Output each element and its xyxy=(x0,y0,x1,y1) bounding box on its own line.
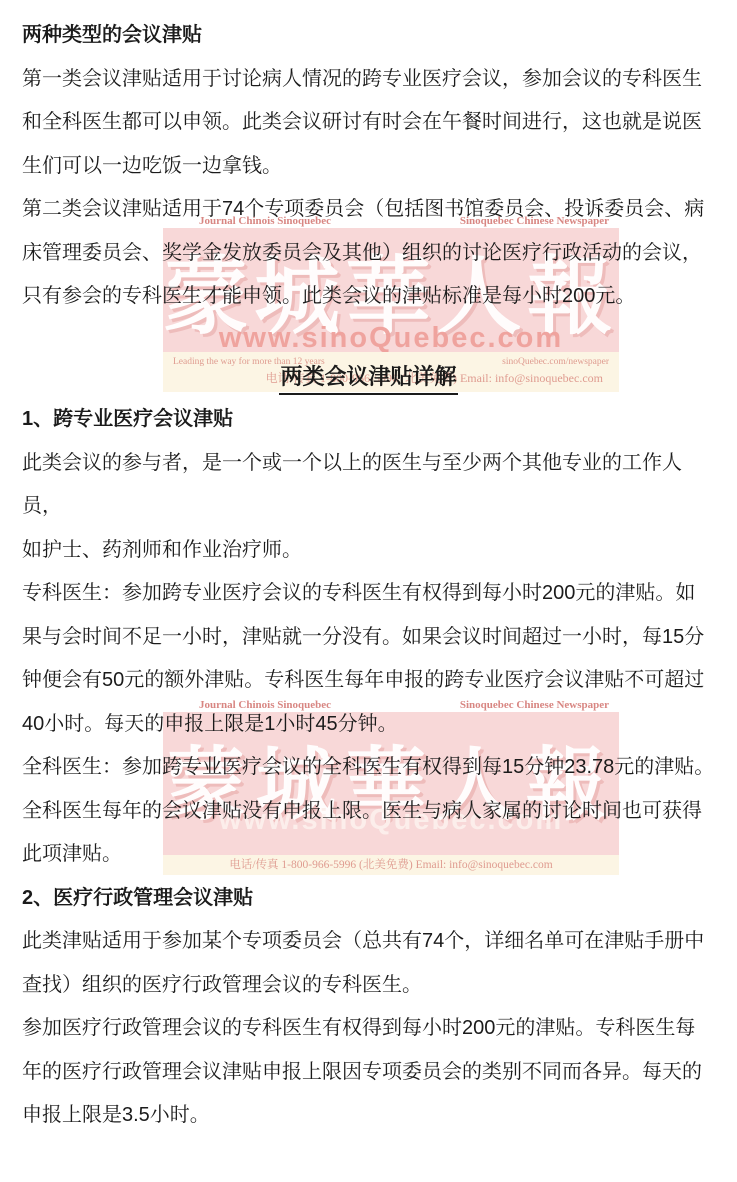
article-title: 两种类型的会议津贴 xyxy=(22,14,715,58)
para-admin-intro: 此类津贴适用于参加某个专项委员会（总共有74个，详细名单可在津贴手册中 查找）组… xyxy=(22,920,715,1007)
para-type2-intro: 第二类会议津贴适用于74个专项委员会（包括图书馆委员会、投诉委员会、病 床管理委… xyxy=(22,188,715,319)
detail-section-heading-text: 两类会议津贴详解 xyxy=(279,363,457,395)
detail-section-heading: 两类会议津贴详解 xyxy=(22,355,715,399)
para-specialist-allowance: 专科医生：参加跨专业医疗会议的专科医生有权得到每小时200元的津贴。如 果与会时… xyxy=(22,572,715,746)
article-page: Journal Chinois Sinoquebec Sinoquebec Ch… xyxy=(0,0,737,1182)
subheading-interprofessional: 1、跨专业医疗会议津贴 xyxy=(22,398,715,442)
para-gp-allowance: 全科医生：参加跨专业医疗会议的全科医生有权得到每15分钟23.78元的津贴。 全… xyxy=(22,746,715,877)
article-content: 两种类型的会议津贴 第一类会议津贴适用于讨论病人情况的跨专业医疗会议，参加会议的… xyxy=(0,0,737,1138)
subheading-admin: 2、医疗行政管理会议津贴 xyxy=(22,877,715,921)
para-type1-intro: 第一类会议津贴适用于讨论病人情况的跨专业医疗会议，参加会议的专科医生 和全科医生… xyxy=(22,58,715,189)
para-participants: 此类会议的参与者，是一个或一个以上的医生与至少两个其他专业的工作人员， 如护士、… xyxy=(22,442,715,573)
para-admin-allowance: 参加医疗行政管理会议的专科医生有权得到每小时200元的津贴。专科医生每 年的医疗… xyxy=(22,1007,715,1138)
